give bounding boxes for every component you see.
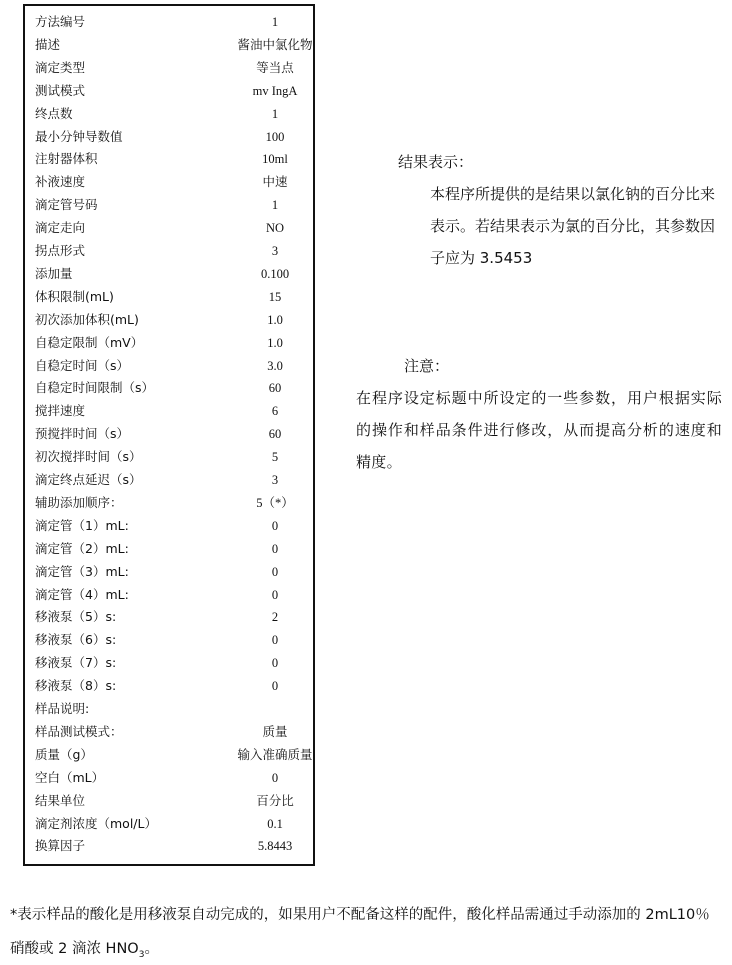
table-row: 样品说明: [35, 699, 313, 719]
row-value: 百分比 [195, 791, 355, 811]
table-row: 初次添加体积(mL)1.0 [35, 310, 313, 330]
table-row: 体积限制(mL)15 [35, 287, 313, 307]
table-row: 滴定类型等当点 [35, 58, 313, 78]
row-value: 0 [195, 562, 355, 582]
table-row: 滴定管号码1 [35, 195, 313, 215]
row-value: mv IngA [195, 81, 355, 101]
row-label: 移液泵（7）s: [35, 653, 116, 673]
row-value: 0 [195, 768, 355, 788]
result-note-title: 结果表示： [398, 146, 473, 178]
row-value: 100 [195, 127, 355, 147]
row-label: 空白（mL） [35, 768, 104, 788]
row-label: 滴定管（3）mL: [35, 562, 129, 582]
row-label: 辅助添加顺序： [35, 493, 123, 513]
row-value: 0 [195, 653, 355, 673]
table-row: 自稳定时间限制（s）60 [35, 378, 313, 398]
result-note-body: 本程序所提供的是结果以氯化钠的百分比来表示。若结果表示为氯的百分比，其参数因子应… [430, 178, 720, 274]
table-row: 滴定剂浓度（mol/L）0.1 [35, 814, 313, 834]
row-value: 0 [195, 539, 355, 559]
row-label: 移液泵（6）s: [35, 630, 116, 650]
row-value: 5 [195, 447, 355, 467]
table-row: 预搅拌时间（s）60 [35, 424, 313, 444]
row-value: 1 [195, 12, 355, 32]
table-row: 拐点形式3 [35, 241, 313, 261]
row-label: 初次搅拌时间（s） [35, 447, 142, 467]
table-row: 样品测试模式：质量 [35, 722, 313, 742]
row-value: 5.8443 [195, 836, 355, 856]
row-value: 酱油中氯化物 [195, 35, 355, 55]
table-row: 质量（g）输入准确质量 [35, 745, 313, 765]
row-label: 滴定管（4）mL: [35, 585, 129, 605]
row-label: 移液泵（5）s: [35, 607, 116, 627]
row-value: 15 [195, 287, 355, 307]
row-value: 60 [195, 378, 355, 398]
table-row: 滴定管（1）mL:0 [35, 516, 313, 536]
table-row: 滴定走向NO [35, 218, 313, 238]
row-label: 体积限制(mL) [35, 287, 114, 307]
row-label: 预搅拌时间（s） [35, 424, 129, 444]
table-row: 移液泵（8）s:0 [35, 676, 313, 696]
table-row: 最小分钟导数值100 [35, 127, 313, 147]
table-row: 测试模式mv IngA [35, 81, 313, 101]
footnote-text: *表示样品的酸化是用移液泵自动完成的，如果用户不配备这样的配件，酸化样品需通过手… [10, 907, 710, 957]
table-row: 移液泵（7）s:0 [35, 653, 313, 673]
row-label: 移液泵（8）s: [35, 676, 116, 696]
row-value: 2 [195, 607, 355, 627]
table-row: 注射器体积10ml [35, 149, 313, 169]
row-label: 拐点形式 [35, 241, 85, 261]
notice-title: 注意： [404, 350, 449, 382]
table-row: 结果单位百分比 [35, 791, 313, 811]
row-label: 换算因子 [35, 836, 85, 856]
table-row: 初次搅拌时间（s）5 [35, 447, 313, 467]
row-label: 质量（g） [35, 745, 93, 765]
row-label: 滴定管号码 [35, 195, 98, 215]
row-value: 5（*） [195, 493, 355, 513]
table-row: 移液泵（6）s:0 [35, 630, 313, 650]
row-value: 3 [195, 470, 355, 490]
row-value: 1.0 [195, 333, 355, 353]
table-row: 滴定管（4）mL:0 [35, 585, 313, 605]
row-label: 滴定类型 [35, 58, 85, 78]
row-label: 样品测试模式： [35, 722, 123, 742]
row-value: 中速 [195, 172, 355, 192]
row-value: 质量 [195, 722, 355, 742]
row-label: 滴定终点延迟（s） [35, 470, 142, 490]
row-label: 滴定管（1）mL: [35, 516, 129, 536]
row-value: 0.100 [195, 264, 355, 284]
table-row: 滴定终点延迟（s）3 [35, 470, 313, 490]
row-label: 添加量 [35, 264, 73, 284]
row-value: 3 [195, 241, 355, 261]
row-label: 自稳定时间（s） [35, 356, 129, 376]
row-value: 0 [195, 630, 355, 650]
row-value: 1 [195, 195, 355, 215]
notice-body: 在程序设定标题中所设定的一些参数，用户根据实际的操作和样品条件进行修改，从而提高… [356, 382, 722, 478]
footnote: *表示样品的酸化是用移液泵自动完成的，如果用户不配备这样的配件，酸化样品需通过手… [10, 898, 722, 965]
row-label: 初次添加体积(mL) [35, 310, 139, 330]
row-value: 0 [195, 585, 355, 605]
table-row: 补液速度中速 [35, 172, 313, 192]
parameter-table: 方法编号1描述酱油中氯化物滴定类型等当点测试模式mv IngA终点数1最小分钟导… [23, 4, 315, 866]
row-value: 输入准确质量 [195, 745, 355, 765]
row-label: 终点数 [35, 104, 73, 124]
row-label: 滴定走向 [35, 218, 85, 238]
row-label: 自稳定时间限制（s） [35, 378, 154, 398]
row-value: NO [195, 218, 355, 238]
row-label: 样品说明: [35, 699, 89, 719]
table-row: 滴定管（2）mL:0 [35, 539, 313, 559]
row-label: 滴定剂浓度（mol/L） [35, 814, 157, 834]
row-value: 10ml [195, 149, 355, 169]
row-value: 3.0 [195, 356, 355, 376]
row-label: 方法编号 [35, 12, 85, 32]
table-row: 搅拌速度6 [35, 401, 313, 421]
row-value: 0.1 [195, 814, 355, 834]
row-label: 补液速度 [35, 172, 85, 192]
table-row: 移液泵（5）s:2 [35, 607, 313, 627]
row-value: 0 [195, 516, 355, 536]
table-row: 滴定管（3）mL:0 [35, 562, 313, 582]
footnote-end: 。 [144, 941, 159, 957]
table-row: 添加量0.100 [35, 264, 313, 284]
row-value: 0 [195, 676, 355, 696]
row-label: 测试模式 [35, 81, 85, 101]
row-value: 等当点 [195, 58, 355, 78]
row-label: 描述 [35, 35, 60, 55]
row-value: 1.0 [195, 310, 355, 330]
table-row: 自稳定时间（s）3.0 [35, 356, 313, 376]
row-label: 滴定管（2）mL: [35, 539, 129, 559]
row-label: 自稳定限制（mV） [35, 333, 143, 353]
row-label: 注射器体积 [35, 149, 98, 169]
row-label: 最小分钟导数值 [35, 127, 123, 147]
row-value: 1 [195, 104, 355, 124]
table-row: 描述酱油中氯化物 [35, 35, 313, 55]
table-row: 自稳定限制（mV）1.0 [35, 333, 313, 353]
table-row: 空白（mL）0 [35, 768, 313, 788]
table-row: 换算因子5.8443 [35, 836, 313, 856]
row-value: 60 [195, 424, 355, 444]
row-value: 6 [195, 401, 355, 421]
row-label: 搅拌速度 [35, 401, 85, 421]
table-row: 辅助添加顺序：5（*） [35, 493, 313, 513]
table-row: 方法编号1 [35, 12, 313, 32]
row-label: 结果单位 [35, 791, 85, 811]
table-row: 终点数1 [35, 104, 313, 124]
